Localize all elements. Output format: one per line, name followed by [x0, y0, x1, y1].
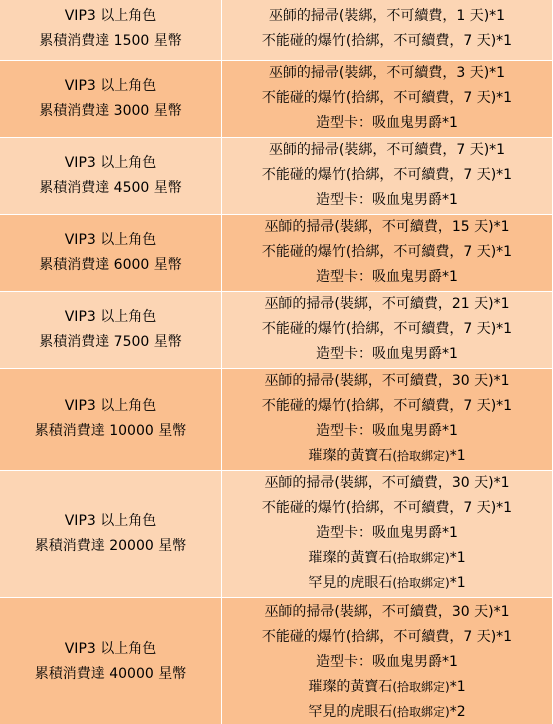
reward-item: 不能碰的爆竹(拾綁，不可續費，7 天)*1: [222, 496, 552, 521]
reward-item: 不能碰的爆竹(拾綁，不可續費，7 天)*1: [222, 163, 552, 188]
condition-cell: VIP3 以上角色 累積消費達 40000 星幣: [0, 597, 222, 724]
reward-item: 巫師的掃帚(裝綁，不可續費，30 天)*1: [222, 369, 552, 394]
vip-requirement: VIP3 以上角色: [0, 305, 221, 330]
reward-quantity: *2: [450, 704, 466, 720]
spend-requirement: 累積消費達 4500 星幣: [0, 176, 221, 201]
binding-note: (拾取綁定): [392, 551, 449, 565]
reward-name: 璀璨的黃寶石: [308, 679, 392, 695]
vip-requirement: VIP3 以上角色: [0, 394, 221, 419]
vip-requirement: VIP3 以上角色: [0, 228, 221, 253]
reward-item: 璀璨的黃寶石(拾取綁定)*1: [222, 444, 552, 469]
reward-row-4500: VIP3 以上角色 累積消費達 4500 星幣 巫師的掃帚(裝綁，不可續費，7 …: [0, 137, 553, 214]
reward-quantity: *1: [450, 550, 466, 566]
reward-item: 巫師的掃帚(裝綁，不可續費，30 天)*1: [222, 471, 552, 496]
reward-quantity: *1: [450, 448, 466, 464]
reward-item: 造型卡：吸血鬼男爵*1: [222, 521, 552, 546]
binding-note: (拾取綁定): [392, 449, 449, 463]
reward-row-3000: VIP3 以上角色 累積消費達 3000 星幣 巫師的掃帚(裝綁，不可續費，3 …: [0, 60, 553, 137]
spend-requirement: 累積消費達 20000 星幣: [0, 534, 221, 559]
reward-row-1500: VIP3 以上角色 累積消費達 1500 星幣 巫師的掃帚(裝綁，不可續費，1 …: [0, 0, 553, 60]
reward-item: 不能碰的爆竹(拾綁，不可續費，7 天)*1: [222, 625, 552, 650]
reward-item: 璀璨的黃寶石(拾取綁定)*1: [222, 675, 552, 700]
vip-requirement: VIP3 以上角色: [0, 74, 221, 99]
vip-requirement: VIP3 以上角色: [0, 509, 221, 534]
reward-row-7500: VIP3 以上角色 累積消費達 7500 星幣 巫師的掃帚(裝綁，不可續費，21…: [0, 291, 553, 368]
reward-item: 罕見的虎眼石(拾取綁定)*2: [222, 700, 552, 724]
binding-note: (拾取綁定): [392, 576, 449, 590]
reward-item: 璀璨的黃寶石(拾取綁定)*1: [222, 546, 552, 571]
spend-requirement: 累積消費達 1500 星幣: [0, 29, 221, 54]
spend-requirement: 累積消費達 10000 星幣: [0, 419, 221, 444]
reward-item: 造型卡：吸血鬼男爵*1: [222, 188, 552, 213]
vip-requirement: VIP3 以上角色: [0, 637, 221, 662]
condition-cell: VIP3 以上角色 累積消費達 10000 星幣: [0, 368, 222, 470]
reward-row-10000: VIP3 以上角色 累積消費達 10000 星幣 巫師的掃帚(裝綁，不可續費，3…: [0, 368, 553, 470]
rewards-cell: 巫師的掃帚(裝綁，不可續費，3 天)*1 不能碰的爆竹(拾綁，不可續費，7 天)…: [222, 60, 553, 137]
reward-item: 不能碰的爆竹(拾綁，不可續費，7 天)*1: [222, 29, 552, 54]
reward-row-20000: VIP3 以上角色 累積消費達 20000 星幣 巫師的掃帚(裝綁，不可續費，3…: [0, 470, 553, 597]
spend-requirement: 累積消費達 7500 星幣: [0, 330, 221, 355]
reward-item: 造型卡：吸血鬼男爵*1: [222, 111, 552, 136]
vip-requirement: VIP3 以上角色: [0, 4, 221, 29]
reward-name: 璀璨的黃寶石: [308, 550, 392, 566]
reward-name: 罕見的虎眼石: [308, 575, 392, 591]
condition-cell: VIP3 以上角色 累積消費達 7500 星幣: [0, 291, 222, 368]
vip-requirement: VIP3 以上角色: [0, 151, 221, 176]
spend-requirement: 累積消費達 40000 星幣: [0, 662, 221, 687]
rewards-cell: 巫師的掃帚(裝綁，不可續費，1 天)*1 不能碰的爆竹(拾綁，不可續費，7 天)…: [222, 0, 553, 60]
reward-item: 巫師的掃帚(裝綁，不可續費，7 天)*1: [222, 138, 552, 163]
reward-item: 巫師的掃帚(裝綁，不可續費，21 天)*1: [222, 292, 552, 317]
rewards-cell: 巫師的掃帚(裝綁，不可續費，30 天)*1 不能碰的爆竹(拾綁，不可續費，7 天…: [222, 597, 553, 724]
rewards-cell: 巫師的掃帚(裝綁，不可續費，15 天)*1 不能碰的爆竹(拾綁，不可續費，7 天…: [222, 214, 553, 291]
condition-cell: VIP3 以上角色 累積消費達 4500 星幣: [0, 137, 222, 214]
reward-item: 巫師的掃帚(裝綁，不可續費，1 天)*1: [222, 4, 552, 29]
reward-item: 不能碰的爆竹(拾綁，不可續費，7 天)*1: [222, 240, 552, 265]
reward-item: 不能碰的爆竹(拾綁，不可續費，7 天)*1: [222, 317, 552, 342]
reward-quantity: *1: [450, 679, 466, 695]
rewards-cell: 巫師的掃帚(裝綁，不可續費，7 天)*1 不能碰的爆竹(拾綁，不可續費，7 天)…: [222, 137, 553, 214]
reward-item: 不能碰的爆竹(拾綁，不可續費，7 天)*1: [222, 86, 552, 111]
condition-cell: VIP3 以上角色 累積消費達 6000 星幣: [0, 214, 222, 291]
condition-cell: VIP3 以上角色 累積消費達 1500 星幣: [0, 0, 222, 60]
reward-row-40000: VIP3 以上角色 累積消費達 40000 星幣 巫師的掃帚(裝綁，不可續費，3…: [0, 597, 553, 724]
reward-item: 造型卡：吸血鬼男爵*1: [222, 265, 552, 290]
reward-item: 巫師的掃帚(裝綁，不可續費，3 天)*1: [222, 61, 552, 86]
condition-cell: VIP3 以上角色 累積消費達 3000 星幣: [0, 60, 222, 137]
reward-quantity: *1: [450, 575, 466, 591]
spend-requirement: 累積消費達 3000 星幣: [0, 99, 221, 124]
spend-requirement: 累積消費達 6000 星幣: [0, 253, 221, 278]
reward-row-6000: VIP3 以上角色 累積消費達 6000 星幣 巫師的掃帚(裝綁，不可續費，15…: [0, 214, 553, 291]
reward-item: 造型卡：吸血鬼男爵*1: [222, 650, 552, 675]
reward-item: 造型卡：吸血鬼男爵*1: [222, 419, 552, 444]
reward-item: 不能碰的爆竹(拾綁，不可續費，7 天)*1: [222, 394, 552, 419]
binding-note: (拾取綁定): [392, 705, 449, 719]
rewards-cell: 巫師的掃帚(裝綁，不可續費，30 天)*1 不能碰的爆竹(拾綁，不可續費，7 天…: [222, 368, 553, 470]
reward-name: 罕見的虎眼石: [308, 704, 392, 720]
reward-item: 巫師的掃帚(裝綁，不可續費，15 天)*1: [222, 215, 552, 240]
rewards-cell: 巫師的掃帚(裝綁，不可續費，21 天)*1 不能碰的爆竹(拾綁，不可續費，7 天…: [222, 291, 553, 368]
reward-item: 巫師的掃帚(裝綁，不可續費，30 天)*1: [222, 600, 552, 625]
rewards-cell: 巫師的掃帚(裝綁，不可續費，30 天)*1 不能碰的爆竹(拾綁，不可續費，7 天…: [222, 470, 553, 597]
vip-reward-table: VIP3 以上角色 累積消費達 1500 星幣 巫師的掃帚(裝綁，不可續費，1 …: [0, 0, 553, 724]
condition-cell: VIP3 以上角色 累積消費達 20000 星幣: [0, 470, 222, 597]
binding-note: (拾取綁定): [392, 680, 449, 694]
reward-item: 罕見的虎眼石(拾取綁定)*1: [222, 571, 552, 596]
reward-name: 璀璨的黃寶石: [308, 448, 392, 464]
reward-item: 造型卡：吸血鬼男爵*1: [222, 342, 552, 367]
